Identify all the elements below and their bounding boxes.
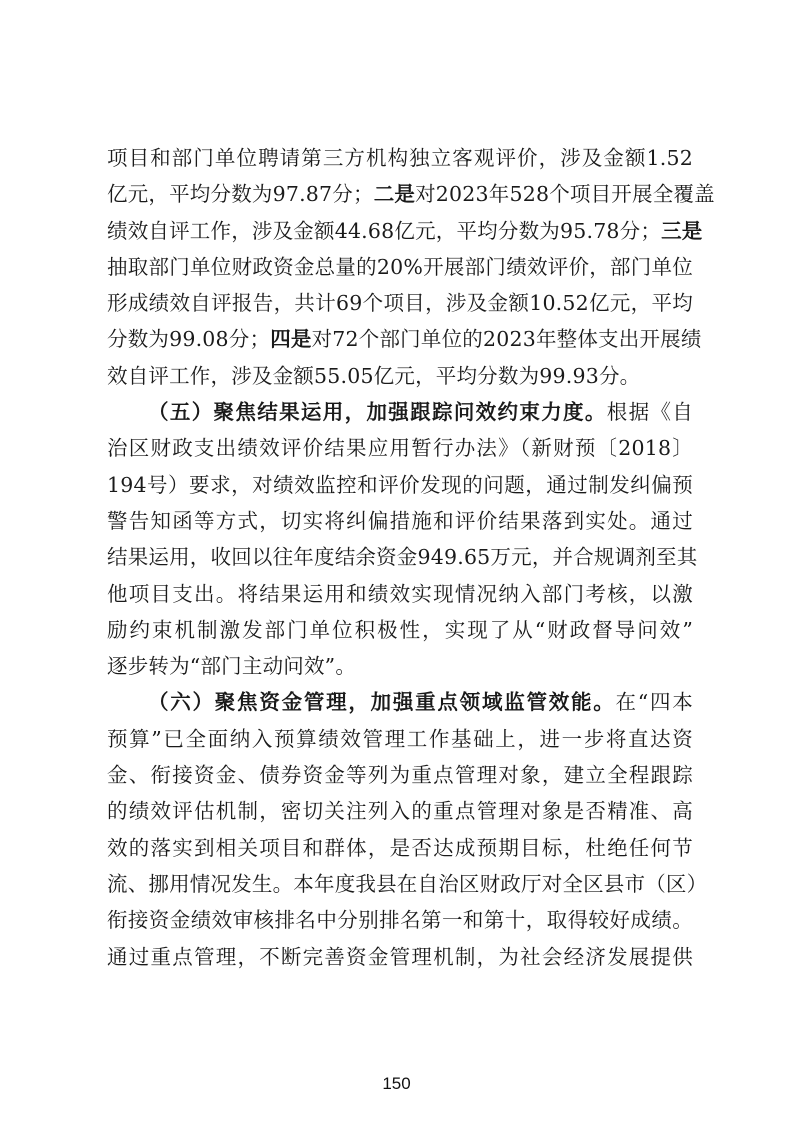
text-line: 的绩效评估机制，密切关注列入的重点管理对象是否精准、高 [107, 793, 693, 829]
bold-text: （六）聚焦资金管理，加强重点领域监管效能。 [148, 690, 616, 714]
text-line: 励约束机制激发部门单位积极性，实现了从“财政督导问效” [107, 612, 693, 648]
text: 通过重点管理，不断完善资金管理机制，为社会经济发展提供 [107, 945, 693, 969]
text: 励约束机制激发部门单位积极性，实现了从“财政督导问效” [107, 618, 693, 642]
text-line: 逐步转为“部门主动问效”。 [107, 648, 693, 684]
text: 亿元，平均分数为97.87分； [107, 182, 374, 206]
text: 结果运用，收回以往年度结余资金949.65万元，并合规调剂至其 [107, 545, 697, 569]
page-number: 150 [0, 1074, 793, 1094]
text: 形成绩效自评报告，共计69个项目，涉及金额10.52亿元，平均 [107, 291, 693, 315]
text-line: 预算”已全面纳入预算绩效管理工作基础上，进一步将直达资 [107, 721, 693, 757]
text: 他项目支出。将结果运用和绩效实现情况纳入部门考核，以激 [107, 582, 693, 606]
body-text: 项目和部门单位聘请第三方机构独立客观评价，涉及金额1.52亿元，平均分数为97.… [107, 140, 693, 975]
text: 效自评工作，涉及金额55.05亿元，平均分数为99.93分。 [107, 364, 640, 388]
text-line: 项目和部门单位聘请第三方机构独立客观评价，涉及金额1.52 [107, 140, 693, 176]
text: 对72个部门单位的2023年整体支出开展绩 [312, 327, 702, 351]
text-line: 抽取部门单位财政资金总量的20%开展部门绩效评价，部门单位 [107, 249, 693, 285]
text-line: 效自评工作，涉及金额55.05亿元，平均分数为99.93分。 [107, 358, 693, 394]
text-line: 警告知函等方式，切实将纠偏措施和评价结果落到实处。通过 [107, 503, 693, 539]
text: 警告知函等方式，切实将纠偏措施和评价结果落到实处。通过 [107, 509, 693, 533]
bold-text: 二是 [374, 182, 415, 206]
text-line: 金、衔接资金、债券资金等列为重点管理对象，建立全程跟踪 [107, 757, 693, 793]
paragraph-heading-line: （六）聚焦资金管理，加强重点领域监管效能。在“四本 [107, 684, 693, 720]
text-line: 194号）要求，对绩效监控和评价发现的问题，通过制发纠偏预 [107, 467, 693, 503]
bold-text: 四是 [270, 327, 311, 351]
text: 逐步转为“部门主动问效”。 [107, 654, 356, 678]
text-line: 结果运用，收回以往年度结余资金949.65万元，并合规调剂至其 [107, 539, 693, 575]
text-line: 衔接资金绩效审核排名中分别排名第一和第十，取得较好成绩。 [107, 902, 693, 938]
text-line: 绩效自评工作，涉及金额44.68亿元，平均分数为95.78分；三是 [107, 213, 693, 249]
text: 在“四本 [616, 690, 693, 714]
text: 对2023年528个项目开展全覆盖 [415, 182, 715, 206]
text: 的绩效评估机制，密切关注列入的重点管理对象是否精准、高 [107, 799, 693, 823]
text-line: 他项目支出。将结果运用和绩效实现情况纳入部门考核，以激 [107, 576, 693, 612]
text: 绩效自评工作，涉及金额44.68亿元，平均分数为95.78分； [107, 219, 661, 243]
text: 项目和部门单位聘请第三方机构独立客观评价，涉及金额1.52 [107, 146, 693, 170]
text: 金、衔接资金、债券资金等列为重点管理对象，建立全程跟踪 [107, 763, 693, 787]
document-page: 项目和部门单位聘请第三方机构独立客观评价，涉及金额1.52亿元，平均分数为97.… [0, 0, 793, 1122]
text-line: 通过重点管理，不断完善资金管理机制，为社会经济发展提供 [107, 939, 693, 975]
text: 分数为99.08分； [107, 327, 270, 351]
text: 194号）要求，对绩效监控和评价发现的问题，通过制发纠偏预 [107, 473, 693, 497]
text: 衔接资金绩效审核排名中分别排名第一和第十，取得较好成绩。 [107, 908, 693, 932]
text: 预算”已全面纳入预算绩效管理工作基础上，进一步将直达资 [107, 727, 693, 751]
text-line: 形成绩效自评报告，共计69个项目，涉及金额10.52亿元，平均 [107, 285, 693, 321]
text: 治区财政支出绩效评价结果应用暂行办法》（新财预〔2018〕 [107, 436, 693, 460]
bold-text: 三是 [661, 219, 702, 243]
text: 抽取部门单位财政资金总量的20%开展部门绩效评价，部门单位 [107, 255, 693, 279]
text-line: 亿元，平均分数为97.87分；二是对2023年528个项目开展全覆盖 [107, 176, 693, 212]
bold-text: （五）聚焦结果运用，加强跟踪问效约束力度。 [148, 400, 607, 424]
text: 根据《自 [607, 400, 693, 424]
paragraph-heading-line: （五）聚焦结果运用，加强跟踪问效约束力度。根据《自 [107, 394, 693, 430]
text-line: 分数为99.08分；四是对72个部门单位的2023年整体支出开展绩 [107, 321, 693, 357]
text: 效的落实到相关项目和群体，是否达成预期目标，杜绝任何节 [107, 836, 693, 860]
text: 流、挪用情况发生。本年度我县在自治区财政厅对全区县市（区） [107, 872, 707, 896]
text-line: 治区财政支出绩效评价结果应用暂行办法》（新财预〔2018〕 [107, 430, 693, 466]
text-line: 效的落实到相关项目和群体，是否达成预期目标，杜绝任何节 [107, 830, 693, 866]
text-line: 流、挪用情况发生。本年度我县在自治区财政厅对全区县市（区） [107, 866, 693, 902]
